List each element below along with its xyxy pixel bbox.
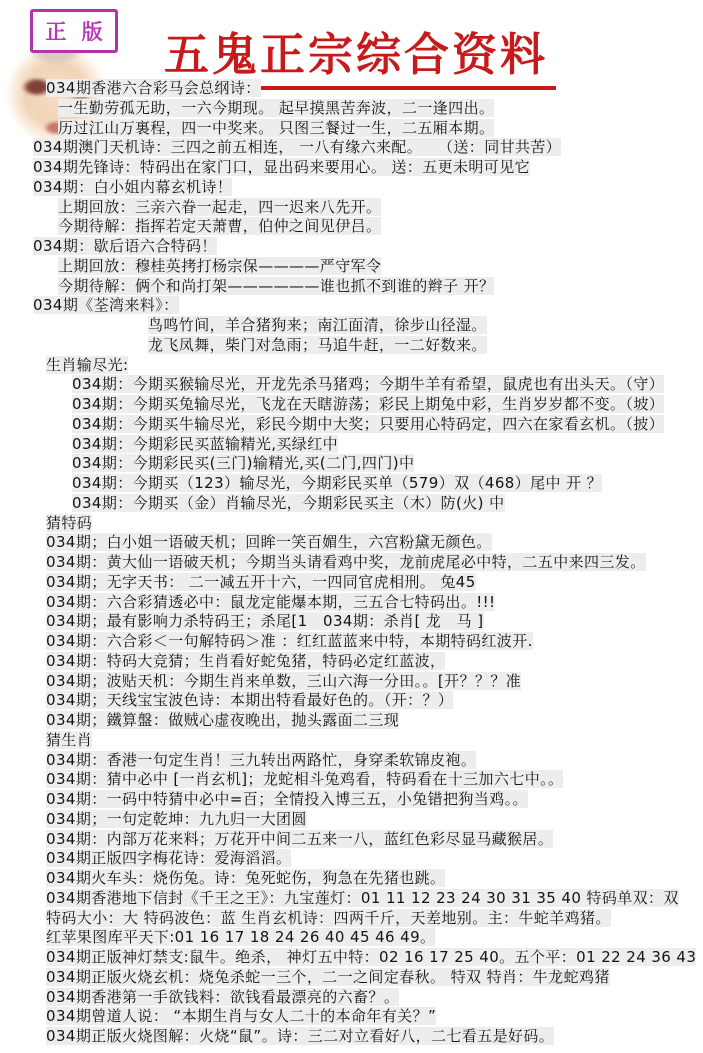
text-line: 034期；最有影响力杀特码王；杀尾[1 034期：杀肖[ 龙 马 ] (0, 612, 703, 632)
text-line-content: 今期待解：指挥若定天萧曹，伯仲之间见伊吕。 (58, 217, 381, 235)
text-line: 龙飞凤舞，柴门对急雨；马追牛赶，一二好数来。 (0, 336, 703, 356)
text-line-content: 034期澳门天机诗：三四之前五相连， 一八有缘六来配。 （送：同甘共苦） (33, 138, 561, 156)
text-line-content: 034期；无字天书： 二一减五开十六，一四同官虎相刑。 兔45 (46, 573, 476, 591)
text-line-content: 034期：今期买（金）肖输尽光，今期彩民买主（木）防(火) 中 (72, 494, 505, 512)
text-line: 034期：白小姐内幕玄机诗！ (0, 178, 703, 198)
text-line-content: 034期：歇后语六合特码！ (33, 237, 217, 255)
text-line: 034期：猜中必中 [一肖玄机]；龙蛇相斗兔鸡看，特码看在十三加六七中。。 (0, 770, 703, 790)
text-line-content: 特码大小：大 特码波色：蓝 生肖玄机诗：四两千斤，天差地别。主：牛蛇羊鸡猪。 (46, 909, 611, 927)
text-line-content: 034期：今期买猴输尽光，开龙先杀马猪鸡；今期牛羊有希望，鼠虎也有出头天。（守） (72, 375, 664, 393)
text-line-content: 猜生肖 (46, 731, 92, 749)
text-line: 一生勤劳孤无助，一六今期现。 起早摸黑苦奔波，二一逢四出。 (0, 99, 703, 119)
text-line: 上期回放：穆桂英拷打杨宗保————严守军令 (0, 257, 703, 277)
text-line-content: 上期回放：三亲六眷一起走，四一迟来八先开。 (58, 198, 381, 216)
text-line-content: 034期曾道人说： “本期生肖与女人二十的本命年有关？” (46, 1007, 436, 1025)
authentic-badge-label: 正 版 (45, 16, 106, 46)
text-line: 034期正版火烧图解：火烧“鼠”。诗：三二对立看好八，二七看五是好码。 (0, 1027, 703, 1047)
text-line: 034期；鐵算盤：做贼心虚夜晚出，抛头露面二三现 (0, 711, 703, 731)
document-lines: 034期香港六合彩马会总纲诗： 一生勤劳孤无助，一六今期现。 起早摸黑苦奔波，二… (0, 79, 703, 1047)
text-line-content: 034期正版火烧图解：火烧“鼠”。诗：三二对立看好八，二七看五是好码。 (46, 1027, 554, 1045)
text-line-content: 历过江山万裏程，四一中奖来。 只图三餐过一生，二五厢本期。 (58, 119, 494, 137)
text-line: 上期回放：三亲六眷一起走，四一迟来八先开。 (0, 198, 703, 218)
text-line-content: 034期：一码中特猜中必中=百；全情投入博三五，小兔错把狗当鸡。。 (46, 790, 528, 808)
text-line-content: 034期：香港一句定生肖！三九转出两路忙，身穿柔软锦皮袍。 (46, 751, 476, 769)
text-line: 红苹果图库平天下:01 16 17 18 24 26 40 45 46 49。 (0, 928, 703, 948)
text-line: 034期曾道人说： “本期生肖与女人二十的本命年有关？” (0, 1007, 703, 1027)
text-line-content: 034期；波贴天机：今期生肖来单数，三山六海一分田。。[开？？？准 (46, 672, 521, 690)
text-line-content: 034期；鐵算盤：做贼心虚夜晚出，抛头露面二三现 (46, 711, 399, 729)
text-line-content: 034期：特码大竞猜；生肖看好蛇兔猪，特码必定红蓝波， (46, 652, 445, 670)
text-line-content: 034期：猜中必中 [一肖玄机]；龙蛇相斗兔鸡看，特码看在十三加六七中。。 (46, 770, 563, 788)
text-line: 034期：今期买兔输尽光，飞龙在天瞎游荡；彩民上期兔中彩，生肖岁岁都不变。（坡） (0, 395, 703, 415)
text-line: 034期：六合彩＜一句解特码＞准 ：红红蓝蓝来中特，本期特码红波开. (0, 632, 703, 652)
text-line-content: 034期正版四字梅花诗：爱海滔滔。 (46, 849, 291, 867)
text-line-content: 034期；白小姐一语破天机；回眸一笑百媚生，六宫粉黛无颜色。 (46, 533, 492, 551)
text-line-content: 034期火车头：烧伤兔。诗：兔死蛇伤，狗急在先猪也跳。 (46, 869, 445, 887)
text-line-content: 034期先锋诗：特码出在家门口，显出码来要用心。 送：五更未明可见它 (33, 158, 530, 176)
page: 正 版 五鬼正宗综合资料 034期香港六合彩马会总纲诗： 一生勤劳孤无助，一六今… (0, 0, 703, 1053)
text-line-content: 034期正版神灯禁支:鼠牛。绝杀， 神灯五中特：02 16 17 25 40。五… (46, 948, 696, 966)
text-line: 034期先锋诗：特码出在家门口，显出码来要用心。 送：五更未明可见它 (0, 158, 703, 178)
text-line-content: 034期：今期买兔输尽光，飞龙在天瞎游荡；彩民上期兔中彩，生肖岁岁都不变。（坡） (72, 395, 664, 413)
text-line: 鸟鸣竹间，羊合猪狗来；南江面清，徐步山径湿。 (0, 316, 703, 336)
text-line: 034期：特码大竞猜；生肖看好蛇兔猪，特码必定红蓝波， (0, 652, 703, 672)
text-line: 034期香港地下信封《千王之王》：九宝莲灯：01 11 12 23 24 30 … (0, 889, 703, 909)
text-line: 今期待解：指挥若定天萧曹，伯仲之间见伊吕。 (0, 217, 703, 237)
text-line-content: 今期待解：俩个和尚打架——————谁也抓不到谁的辫子 开？ (58, 277, 494, 295)
text-line: 034期；无字天书： 二一减五开十六，一四同官虎相刑。 兔45 (0, 573, 703, 593)
text-line: 034期：黄大仙一语破天机；今期当头请看鸡中奖，龙前虎尾必中特，二五中来四三发。 (0, 553, 703, 573)
text-line: 生肖输尽光: (0, 356, 703, 376)
text-line-content: 034期；一句定乾坤：九九归一大团圆 (46, 810, 307, 828)
text-line: 034期香港第一手欲钱料：欲钱看最漂亮的六畜？。 (0, 988, 703, 1008)
text-line: 034期：今期买牛输尽光，彩民今期中大奖；只要用心特码定，四六在家看玄机。（披） (0, 415, 703, 435)
text-line-content: 猜特码 (46, 514, 92, 532)
text-line: 034期：今期彩民买蓝输精光,买绿红中 (0, 435, 703, 455)
text-line: 034期正版火烧玄机：烧兔杀蛇一三个，二一之间定春秋。 特双 特肖：牛龙蛇鸡猪 (0, 968, 703, 988)
text-line-content: 034期：今期彩民买蓝输精光,买绿红中 (72, 435, 338, 453)
text-line-content: 034期：今期买（123）输尽光，今期彩民买单（579）双（468）尾中 开 ？ (72, 474, 602, 492)
text-line: 034期：内部万花来料；万花开中间二五来一八，蓝红色彩尽显马藏猴居。 (0, 830, 703, 850)
text-line: 034期：今期买（123）输尽光，今期彩民买单（579）双（468）尾中 开 ？ (0, 474, 703, 494)
text-line: 034期；天线宝宝波色诗：本期出特看最好色的。（开：？） (0, 691, 703, 711)
text-line: 034期：香港一句定生肖！三九转出两路忙，身穿柔软锦皮袍。 (0, 751, 703, 771)
text-line: 今期待解：俩个和尚打架——————谁也抓不到谁的辫子 开？ (0, 277, 703, 297)
text-line-content: 034期香港第一手欲钱料：欲钱看最漂亮的六畜？。 (46, 988, 399, 1006)
text-line-content: 034期：内部万花来料；万花开中间二五来一八，蓝红色彩尽显马藏猴居。 (46, 830, 553, 848)
text-line: 034期：今期买（金）肖输尽光，今期彩民买主（木）防(火) 中 (0, 494, 703, 514)
text-line-content: 034期：六合彩＜一句解特码＞准 ：红红蓝蓝来中特，本期特码红波开. (46, 632, 533, 650)
text-line-content: 一生勤劳孤无助，一六今期现。 起早摸黑苦奔波，二一逢四出。 (58, 99, 494, 117)
text-line: 034期；波贴天机：今期生肖来单数，三山六海一分田。。[开？？？准 (0, 672, 703, 692)
text-line-content: 034期《荃湾来料》： (33, 296, 179, 314)
text-line: 034期；白小姐一语破天机；回眸一笑百媚生，六宫粉黛无颜色。 (0, 533, 703, 553)
text-line: 034期：今期彩民买(三门)输精光,买(二门,四门)中 (0, 454, 703, 474)
text-line: 034期火车头：烧伤兔。诗：兔死蛇伤，狗急在先猪也跳。 (0, 869, 703, 889)
text-line-content: 生肖输尽光: (46, 356, 128, 374)
text-line-content: 034期正版火烧玄机：烧兔杀蛇一三个，二一之间定春秋。 特双 特肖：牛龙蛇鸡猪 (46, 968, 610, 986)
text-line-content: 034期；最有影响力杀特码王；杀尾[1 034期：杀肖[ 龙 马 ] (46, 612, 484, 630)
text-line: 034期澳门天机诗：三四之前五相连， 一八有缘六来配。 （送：同甘共苦） (0, 138, 703, 158)
text-line: 034期：六合彩猜透必中：鼠龙定能爆本期，三五合七特码出。!!! (0, 593, 703, 613)
text-line-content: 034期：黄大仙一语破天机；今期当头请看鸡中奖，龙前虎尾必中特，二五中来四三发。 (46, 553, 646, 571)
text-line: 历过江山万裏程，四一中奖来。 只图三餐过一生，二五厢本期。 (0, 119, 703, 139)
text-line-content: 034期；天线宝宝波色诗：本期出特看最好色的。（开：？） (46, 691, 453, 709)
text-line: 034期香港六合彩马会总纲诗： (0, 79, 703, 99)
text-line: 特码大小：大 特码波色：蓝 生肖玄机诗：四两千斤，天差地别。主：牛蛇羊鸡猪。 (0, 909, 703, 929)
text-line: 猜生肖 (0, 731, 703, 751)
text-line: 猜特码 (0, 514, 703, 534)
text-line-content: 034期：白小姐内幕玄机诗！ (33, 178, 232, 196)
text-line-content: 034期：六合彩猜透必中：鼠龙定能爆本期，三五合七特码出。!!! (46, 593, 495, 611)
text-line: 034期；一句定乾坤：九九归一大团圆 (0, 810, 703, 830)
text-line-content: 龙飞凤舞，柴门对急雨；马追牛赶，一二好数来。 (148, 336, 487, 354)
authentic-badge: 正 版 (30, 9, 118, 53)
text-line-content: 034期：今期买牛输尽光，彩民今期中大奖；只要用心特码定，四六在家看玄机。（披） (72, 415, 664, 433)
text-line-content: 034期：今期彩民买(三门)输精光,买(二门,四门)中 (72, 454, 414, 472)
text-line-content: 鸟鸣竹间，羊合猪狗来；南江面清，徐步山径湿。 (148, 316, 487, 334)
text-line: 034期正版四字梅花诗：爱海滔滔。 (0, 849, 703, 869)
text-line: 034期正版神灯禁支:鼠牛。绝杀， 神灯五中特：02 16 17 25 40。五… (0, 948, 703, 968)
text-line: 034期：歇后语六合特码！ (0, 237, 703, 257)
text-line-content: 上期回放：穆桂英拷打杨宗保————严守军令 (58, 257, 381, 275)
text-line: 034期《荃湾来料》： (0, 296, 703, 316)
text-line: 034期：今期买猴输尽光，开龙先杀马猪鸡；今期牛羊有希望，鼠虎也有出头天。（守） (0, 375, 703, 395)
text-line-content: 034期香港六合彩马会总纲诗： (46, 79, 261, 97)
text-line-content: 红苹果图库平天下:01 16 17 18 24 26 40 45 46 49。 (46, 928, 435, 946)
text-line-content: 034期香港地下信封《千王之王》：九宝莲灯：01 11 12 23 24 30 … (46, 889, 679, 907)
text-line: 034期：一码中特猜中必中=百；全情投入博三五，小兔错把狗当鸡。。 (0, 790, 703, 810)
